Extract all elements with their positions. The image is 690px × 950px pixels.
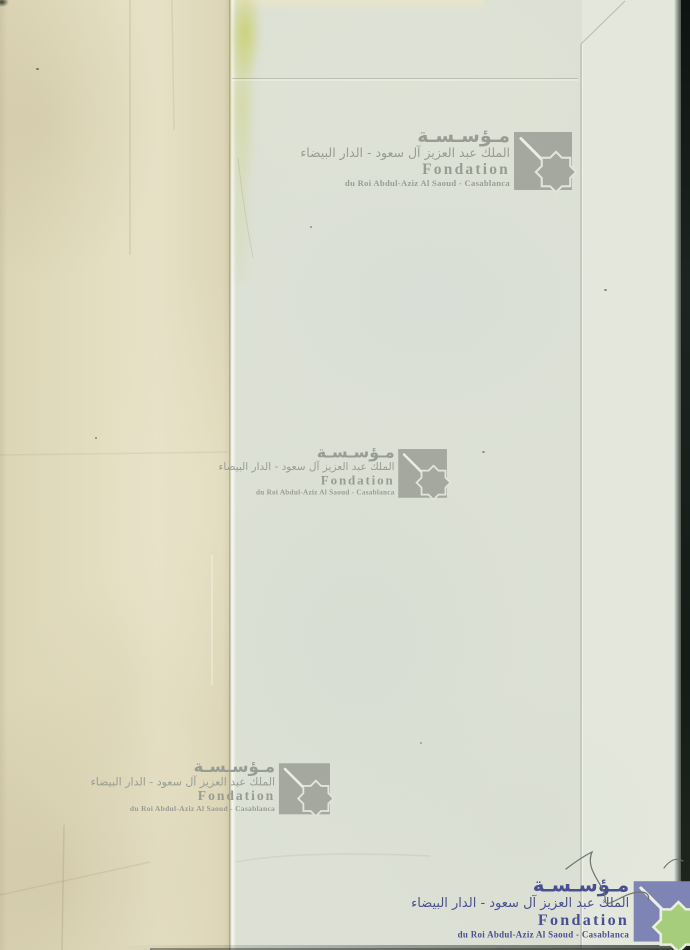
handwritten-pen-squiggle	[0, 0, 690, 950]
scanned-endpaper-page: مـؤسـسـة الملك عبد العزيز آل سعود - الدا…	[0, 0, 690, 950]
